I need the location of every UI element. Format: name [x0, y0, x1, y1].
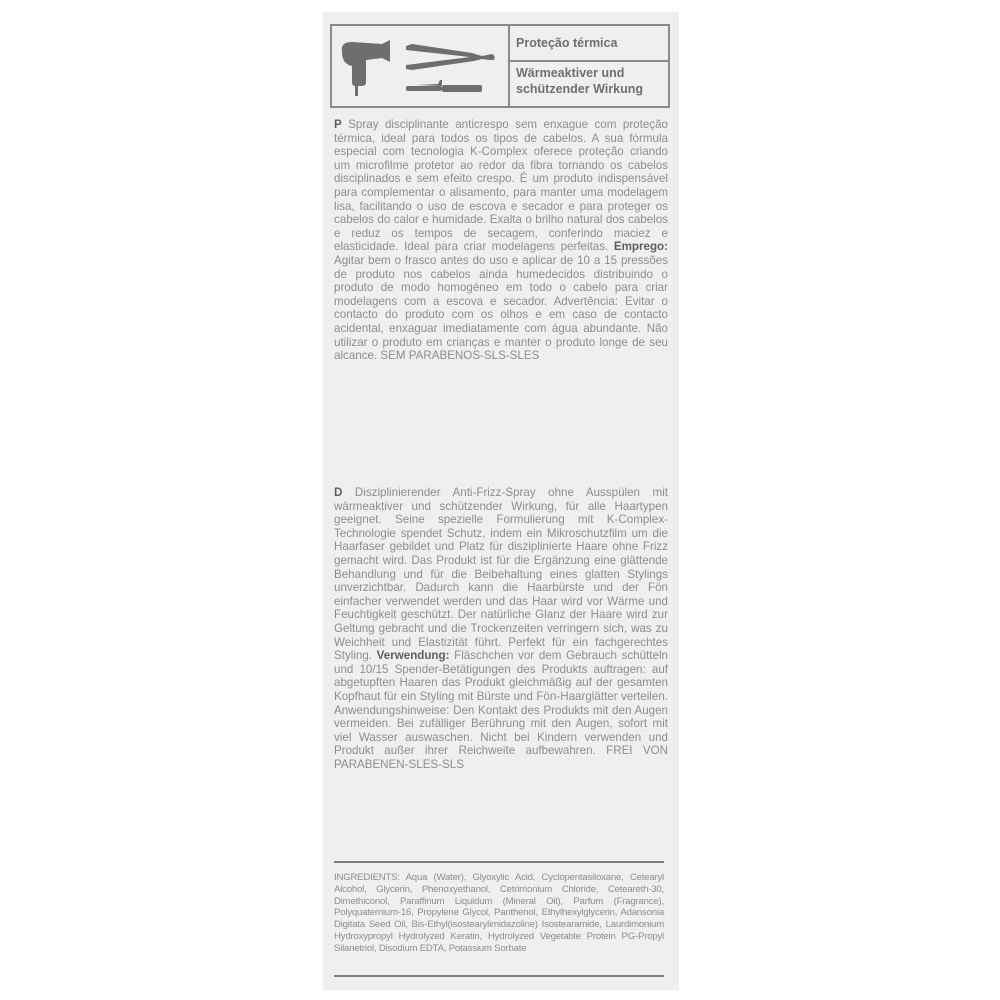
- pt-usage-label: Emprego:: [614, 240, 668, 253]
- heat-protection-labels: Proteção térmica Wärmeaktiver und schütz…: [510, 26, 668, 106]
- de-usage-text: Fläschchen vor dem Gebrauch schütteln un…: [334, 649, 668, 771]
- product-label-panel: Proteção térmica Wärmeaktiver und schütz…: [323, 12, 679, 990]
- ingredients-list: INGREDIENTS: Aqua (Water), Glyoxylic Aci…: [334, 872, 664, 955]
- heat-protection-label-pt: Proteção térmica: [510, 26, 668, 62]
- de-usage-label: Verwendung:: [377, 649, 450, 662]
- de-intro-text: Disziplinierender Anti-Frizz-Spray ohne …: [334, 486, 668, 662]
- language-marker-pt: P: [334, 118, 342, 131]
- styling-tools-icons: [332, 26, 510, 106]
- divider-bottom: [334, 975, 664, 977]
- divider-top: [334, 861, 664, 863]
- heat-protection-box: Proteção térmica Wärmeaktiver und schütz…: [330, 24, 670, 108]
- curling-iron-icon: [332, 26, 508, 106]
- pt-usage-text: Agitar bem o frasco antes do uso e aplic…: [334, 254, 668, 362]
- portuguese-description: P Spray disciplinante anticrespo sem enx…: [334, 118, 668, 363]
- german-description: D Disziplinierender Anti-Frizz-Spray ohn…: [334, 486, 668, 771]
- heat-protection-label-de: Wärmeaktiver und schützender Wirkung: [510, 62, 668, 106]
- pt-intro-text: Spray disciplinante anticrespo sem enxag…: [334, 118, 668, 253]
